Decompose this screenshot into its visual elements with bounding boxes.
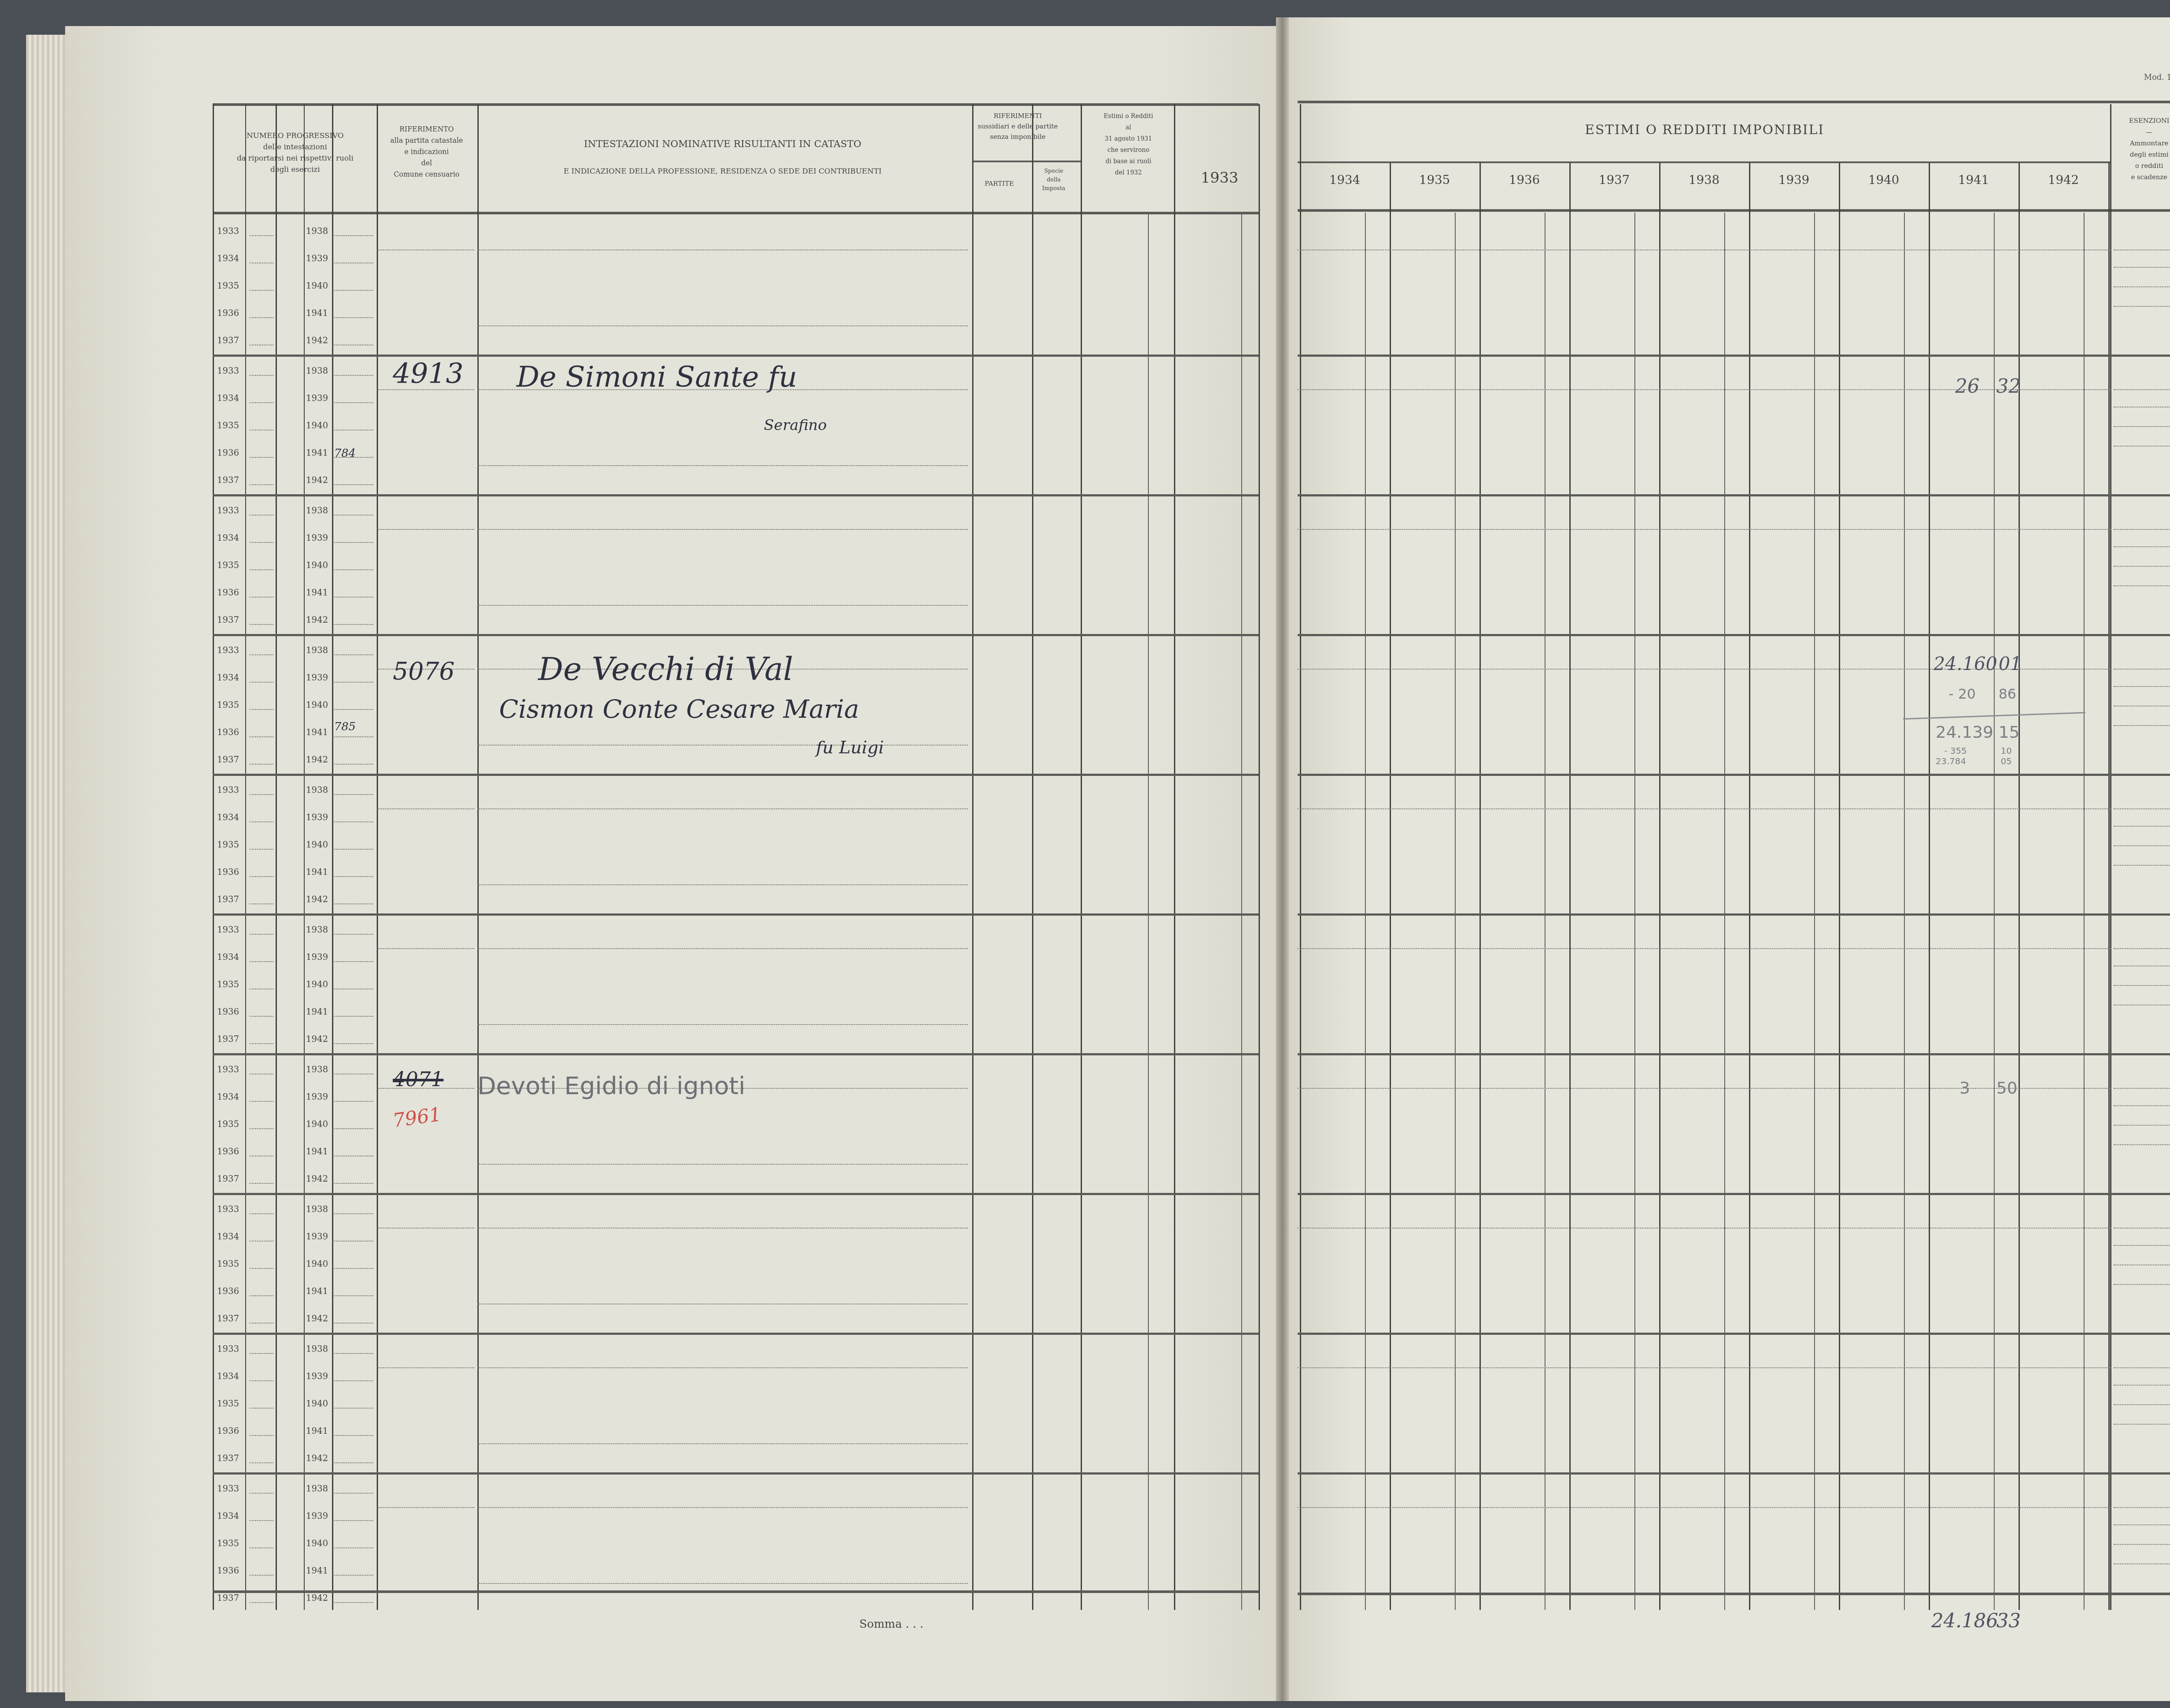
row-year-b: 1939 <box>306 1371 328 1381</box>
row-year-a: 1937 <box>217 475 239 485</box>
row-dotted <box>334 317 373 318</box>
year-column-header: 1941 <box>1929 174 2019 187</box>
row-year-b: 1940 <box>306 420 328 430</box>
row-dotted <box>250 624 273 625</box>
row-year-a: 1937 <box>217 1593 239 1603</box>
row-year-a: 1936 <box>217 1286 239 1296</box>
year-column-divider <box>1839 163 1840 1610</box>
esenzioni-dotted <box>2114 1544 2170 1545</box>
esenzioni-dotted <box>2114 426 2170 427</box>
row-dotted <box>334 402 373 403</box>
row-year-b: 1941 <box>306 587 328 598</box>
header-line: che servirono <box>1081 145 1176 156</box>
column-divider <box>972 104 973 1610</box>
row-dotted <box>334 1183 373 1184</box>
esenzioni-dotted <box>2114 566 2170 567</box>
esenzioni-dotted <box>2114 725 2170 726</box>
row-dotted <box>334 934 373 935</box>
row-dotted <box>250 1493 273 1494</box>
calc-line: - 20 <box>1949 686 1976 702</box>
entry-name-line1: Devoti Egidio di ignoti <box>477 1072 745 1100</box>
column-divider <box>332 104 333 1610</box>
name-dotted-line <box>477 1583 968 1584</box>
name-dotted-line <box>477 1507 968 1508</box>
row-dotted <box>250 1353 273 1354</box>
row-dotted <box>334 654 373 655</box>
row-year-b: 1938 <box>306 1204 328 1214</box>
header-line: ESENZIONI <box>2110 115 2170 126</box>
header-line: da riportarsi nei rispettivi ruoli <box>215 153 375 164</box>
row-year-a: 1937 <box>217 614 239 625</box>
col-numero-progressivo-header: NUMERO PROGRESSIVO delle intestazioni da… <box>215 130 375 175</box>
column-divider <box>276 104 277 1610</box>
header-line: NUMERO PROGRESSIVO <box>215 130 375 141</box>
esenzioni-dotted <box>2114 808 2170 809</box>
esenzioni-dotted <box>2114 585 2170 586</box>
right-page <box>1285 17 2170 1701</box>
block-rule-left <box>213 774 1259 776</box>
block-rule-left <box>213 494 1259 496</box>
header-line: o redditi <box>2110 160 2170 171</box>
row-year-a: 1936 <box>217 867 239 877</box>
esenzioni-dotted <box>2114 948 2170 949</box>
row-dotted <box>334 1241 373 1242</box>
column-divider <box>1259 104 1260 1610</box>
row-year-a: 1933 <box>217 365 239 376</box>
somma-rule-left <box>213 1590 1259 1593</box>
year-column-header: 1939 <box>1749 174 1839 187</box>
row-dotted <box>334 235 373 236</box>
row-year-b: 1939 <box>306 952 328 962</box>
row-year-b: 1941 <box>306 727 328 737</box>
row-year-a: 1934 <box>217 1091 239 1102</box>
esenzioni-dotted <box>2114 1144 2170 1145</box>
row-year-b: 1939 <box>306 532 328 543</box>
header-line: alla partita catastale <box>377 135 477 146</box>
row-dotted <box>250 290 273 291</box>
header-line: senza imponibile <box>970 131 1065 142</box>
row-dotted <box>250 569 273 570</box>
row-dotted <box>334 375 373 376</box>
row-year-a: 1935 <box>217 560 239 570</box>
row-dotted <box>250 1183 273 1184</box>
row-dotted <box>250 542 273 543</box>
row-year-a: 1935 <box>217 839 239 850</box>
esenzioni-dotted <box>2114 286 2170 287</box>
row-dotted <box>334 903 373 904</box>
partita-dotted-line <box>377 808 474 809</box>
row-dotted <box>334 1074 373 1074</box>
estimi-redditi-title: ESTIMI O REDDITI IMPONIBILI <box>1298 124 2111 137</box>
block-rule-right <box>1298 1193 2170 1195</box>
esenzioni-dotted <box>2114 1245 2170 1246</box>
entry-value-1941-cents: 01 <box>1999 653 2022 674</box>
row-year-b: 1942 <box>306 1593 328 1603</box>
row-year-a: 1936 <box>217 1426 239 1436</box>
row-dotted <box>250 1213 273 1214</box>
row-year-a: 1937 <box>217 754 239 765</box>
row-year-b: 1941 <box>306 447 328 458</box>
row-year-a: 1933 <box>217 505 239 516</box>
row-year-b: 1939 <box>306 1511 328 1521</box>
block-rule-left <box>213 355 1259 357</box>
row-dotted <box>250 263 273 263</box>
row-year-a: 1935 <box>217 1119 239 1129</box>
row-dotted <box>334 263 373 263</box>
esenzioni-dotted <box>2114 1524 2170 1525</box>
name-dotted-line <box>477 529 968 530</box>
row-dotted <box>334 515 373 516</box>
row-dotted <box>250 736 273 737</box>
header-line: al <box>1081 122 1176 133</box>
row-dotted <box>334 764 373 765</box>
col-riferimenti-header: RIFERIMENTI sussidiari e delle partite s… <box>970 111 1065 142</box>
row-dotted <box>334 1156 373 1156</box>
cents-divider <box>1994 213 1995 1610</box>
row-year-a: 1936 <box>217 727 239 737</box>
row-dotted <box>250 1380 273 1381</box>
row-year-a: 1937 <box>217 894 239 904</box>
row-year-b: 1941 <box>306 1006 328 1017</box>
row-year-a: 1933 <box>217 924 239 935</box>
column-subdivider <box>1241 213 1242 1610</box>
row-year-a: 1936 <box>217 1006 239 1017</box>
cents-divider <box>1904 213 1905 1610</box>
header-line: sussidiari e delle partite <box>970 121 1065 131</box>
row-year-a: 1936 <box>217 447 239 458</box>
row-dotted <box>250 1268 273 1269</box>
row-year-b: 1941 <box>306 308 328 318</box>
header-bottom-rule-right <box>1298 209 2170 212</box>
row-dotted <box>334 430 373 430</box>
value-dotted-line <box>1298 808 2111 809</box>
row-year-b: 1942 <box>306 335 328 345</box>
year-column-header: 1937 <box>1569 174 1659 187</box>
row-year-a: 1935 <box>217 979 239 989</box>
row-dotted <box>334 876 373 877</box>
year-column-divider <box>1929 163 1930 1610</box>
name-dotted-line <box>477 605 968 606</box>
calc-line: 24.139 <box>1936 723 1993 742</box>
row-year-a: 1934 <box>217 1231 239 1242</box>
row-dotted <box>250 849 273 850</box>
cents-divider <box>2084 213 2085 1610</box>
somma-1941-cents: 33 <box>1996 1610 2021 1632</box>
year-column-divider <box>2108 163 2110 1610</box>
row-year-b: 1941 <box>306 1426 328 1436</box>
block-rule-right <box>1298 1472 2170 1475</box>
block-rule-left <box>213 1472 1259 1475</box>
block-rule-left <box>213 1053 1259 1055</box>
row-year-b: 1941 <box>306 867 328 877</box>
name-dotted-line <box>477 1443 968 1444</box>
row-dotted <box>334 736 373 737</box>
row-dotted <box>250 934 273 935</box>
calc-line: - 355 <box>1944 746 1967 756</box>
block-rule-left <box>213 1333 1259 1335</box>
row-year-a: 1934 <box>217 952 239 962</box>
row-dotted <box>334 1353 373 1354</box>
header-line: Ammontare <box>2110 138 2170 149</box>
row-dotted <box>250 989 273 989</box>
left-page <box>65 26 1280 1701</box>
row-year-b: 1938 <box>306 365 328 376</box>
esenzioni-divider <box>2110 104 2111 1610</box>
row-dotted <box>334 709 373 710</box>
row-year-a: 1936 <box>217 1565 239 1576</box>
row-dotted <box>334 1602 373 1603</box>
row-year-b: 1938 <box>306 1483 328 1494</box>
esenzioni-dotted <box>2114 546 2170 547</box>
row-dotted <box>250 1602 273 1603</box>
row-dotted <box>334 345 373 345</box>
esenzioni-dotted <box>2114 845 2170 846</box>
row-dotted <box>250 961 273 962</box>
year-column-divider <box>1390 163 1391 1610</box>
row-year-b: 1939 <box>306 393 328 403</box>
value-dotted-line <box>1298 1507 2111 1508</box>
row-year-b: 1940 <box>306 700 328 710</box>
row-dotted <box>250 1128 273 1129</box>
partita-dotted-line <box>377 529 474 530</box>
row-dotted <box>334 1323 373 1324</box>
header-line: del 1932 <box>1081 167 1176 178</box>
entry-partita-number: 4913 <box>393 358 464 390</box>
row-dotted <box>334 1016 373 1017</box>
row-year-b: 1939 <box>306 1231 328 1242</box>
row-dotted <box>334 1043 373 1044</box>
header-line: Imposta <box>1032 184 1075 193</box>
row-year-a: 1933 <box>217 1064 239 1074</box>
calc-line-cents: 05 <box>2001 756 2012 766</box>
row-dotted <box>250 821 273 822</box>
row-dotted <box>250 1016 273 1017</box>
row-dotted <box>334 794 373 795</box>
esenzioni-dotted <box>2114 669 2170 670</box>
esenzioni-dotted <box>2114 1424 2170 1425</box>
row-dotted <box>250 903 273 904</box>
esenzioni-dotted <box>2114 529 2170 530</box>
value-dotted-line <box>1298 389 2111 390</box>
row-year-a: 1934 <box>217 812 239 822</box>
partita-dotted-line <box>377 1228 474 1228</box>
row-dotted <box>250 682 273 683</box>
row-dotted <box>250 1295 273 1296</box>
row-year-a: 1934 <box>217 253 239 263</box>
block-rule-left <box>213 634 1259 636</box>
column-divider <box>1081 104 1082 1610</box>
row-dotted <box>334 1268 373 1269</box>
row-dotted <box>250 235 273 236</box>
block-rule-right <box>1298 774 2170 776</box>
row-dotted <box>250 1575 273 1576</box>
row-dotted <box>334 1380 373 1381</box>
row-year-a: 1933 <box>217 785 239 795</box>
block-rule-left <box>213 1193 1259 1195</box>
row-year-b: 1940 <box>306 1119 328 1129</box>
row-year-a: 1937 <box>217 1453 239 1463</box>
row-year-b: 1942 <box>306 1034 328 1044</box>
row-dotted <box>250 1074 273 1074</box>
row-year-b: 1940 <box>306 560 328 570</box>
block-rule-right <box>1298 634 2170 636</box>
column-subdivider <box>1148 213 1149 1610</box>
row-year-b: 1939 <box>306 253 328 263</box>
row-dotted <box>334 484 373 485</box>
row-year-b: 1941 <box>306 1146 328 1156</box>
row-year-a: 1934 <box>217 672 239 683</box>
name-dotted-line <box>477 1024 968 1025</box>
row-dotted <box>334 1575 373 1576</box>
year-column-header: 1938 <box>1659 174 1749 187</box>
year-column-header: 1936 <box>1480 174 1569 187</box>
row-year-a: 1937 <box>217 1173 239 1184</box>
row-dotted <box>250 317 273 318</box>
row-year-b: 1941 <box>306 1286 328 1296</box>
col-esenzioni-header: ESENZIONI — Ammontare degli estimi o red… <box>2110 115 2170 183</box>
years-subrule <box>1298 161 2111 163</box>
header-line: Comune censuario <box>377 169 477 180</box>
row-year-b: 1939 <box>306 672 328 683</box>
row-dotted <box>334 989 373 989</box>
row-dotted <box>334 682 373 683</box>
row-year-b: 1939 <box>306 812 328 822</box>
name-dotted-line <box>477 1367 968 1368</box>
page-edges <box>26 35 69 1692</box>
col-1933-header: 1933 <box>1176 171 1263 184</box>
esenzioni-dotted <box>2114 686 2170 687</box>
row-year-a: 1933 <box>217 1483 239 1494</box>
row-dotted <box>250 876 273 877</box>
header-top-rule-right <box>1298 101 2170 103</box>
name-dotted-line <box>477 325 968 326</box>
partita-dotted-line <box>377 948 474 949</box>
row-dotted <box>334 1101 373 1102</box>
block-rule-right <box>1298 1333 2170 1335</box>
value-dotted-line <box>1298 1088 2111 1089</box>
row-year-a: 1934 <box>217 1511 239 1521</box>
entry-name-line3: fu Luigi <box>816 738 884 758</box>
row-year-b: 1942 <box>306 1173 328 1184</box>
row-year-b: 1942 <box>306 614 328 625</box>
header-line: RIFERIMENTI <box>970 111 1065 121</box>
entry-value-1941-cents: 50 <box>1996 1078 2017 1097</box>
year-column-divider <box>1569 163 1571 1610</box>
col-riferimento-header: RIFERIMENTO alla partita catastale e ind… <box>377 124 477 180</box>
row-dotted <box>334 1295 373 1296</box>
somma-label: Somma . . . <box>859 1618 924 1631</box>
row-year-b: 1942 <box>306 1453 328 1463</box>
row-dotted <box>250 1043 273 1044</box>
row-dotted <box>334 1128 373 1129</box>
col-intestazioni-title: INTESTAZIONI NOMINATIVE RISULTANTI IN CA… <box>477 138 968 151</box>
row-year-a: 1935 <box>217 700 239 710</box>
row-year-b: 1938 <box>306 645 328 655</box>
header-line: 31 agosto 1931 <box>1081 133 1176 145</box>
row-dotted <box>250 402 273 403</box>
row-dotted <box>250 1520 273 1521</box>
name-dotted-line <box>477 1164 968 1165</box>
value-dotted-line <box>1298 1367 2111 1368</box>
row-dotted <box>250 1547 273 1548</box>
year-column-header: 1935 <box>1390 174 1480 187</box>
row-year-a: 1935 <box>217 1538 239 1548</box>
block-rule-right <box>1298 494 2170 496</box>
row-year-a: 1935 <box>217 280 239 291</box>
name-dotted-line <box>477 1228 968 1228</box>
row-year-a: 1933 <box>217 645 239 655</box>
year-column-header: 1940 <box>1839 174 1929 187</box>
header-bottom-rule-left <box>213 212 1259 214</box>
header-line: e scadenze <box>2110 171 2170 183</box>
partita-dotted-line <box>377 1507 474 1508</box>
row-dotted <box>250 709 273 710</box>
header-line: delle intestazioni <box>215 141 375 153</box>
row-dotted <box>250 1241 273 1242</box>
name-dotted-line <box>477 745 968 746</box>
esenzioni-dotted <box>2114 1265 2170 1265</box>
row-year-a: 1937 <box>217 1313 239 1324</box>
row-dotted <box>250 764 273 765</box>
row-dotted <box>250 515 273 516</box>
row-year-a: 1937 <box>217 335 239 345</box>
row-dotted <box>250 1156 273 1156</box>
form-model-label: Mod. 111 - Imposte Dirette (Intercalare)… <box>2144 73 2170 82</box>
year-column-divider <box>1659 163 1660 1610</box>
cents-divider <box>1634 213 1635 1610</box>
book-gutter <box>1276 17 1289 1701</box>
row-year-b: 1938 <box>306 1343 328 1354</box>
calc-line-cents: 10 <box>2001 746 2012 756</box>
col-intestazioni-subtitle: E INDICAZIONE DELLA PROFESSIONE, RESIDEN… <box>477 165 968 178</box>
entry-side-number: 784 <box>334 447 356 460</box>
row-year-b: 1940 <box>306 979 328 989</box>
entry-value-1941: 26 <box>1955 375 1979 397</box>
column-divider <box>245 104 246 1610</box>
esenzioni-dotted <box>2114 1105 2170 1106</box>
name-dotted-line <box>477 465 968 466</box>
esenzioni-dotted <box>2114 1228 2170 1228</box>
esenzioni-dotted <box>2114 267 2170 268</box>
header-line: Estimi o Redditi <box>1081 111 1176 122</box>
riferimenti-subrule <box>972 161 1081 162</box>
entry-side-number: 785 <box>334 720 356 733</box>
partita-dotted-line <box>377 250 474 250</box>
year-column-divider <box>1480 163 1481 1610</box>
row-dotted <box>250 1323 273 1324</box>
row-year-a: 1934 <box>217 1371 239 1381</box>
cents-divider <box>1365 213 1366 1610</box>
row-year-b: 1938 <box>306 924 328 935</box>
column-divider <box>213 104 214 1610</box>
row-dotted <box>334 597 373 598</box>
esenzioni-dotted <box>2114 1125 2170 1126</box>
row-dotted <box>250 1435 273 1436</box>
block-rule-left <box>213 913 1259 916</box>
header-line: RIFERIMENTO <box>377 124 477 135</box>
row-year-a: 1934 <box>217 393 239 403</box>
row-dotted <box>334 290 373 291</box>
year-column-divider <box>1300 104 1301 1610</box>
block-rule-right <box>1298 913 2170 916</box>
esenzioni-dotted <box>2114 1507 2170 1508</box>
row-dotted <box>334 1547 373 1548</box>
block-rule-right <box>1298 355 2170 357</box>
somma-rule-right <box>1298 1593 2170 1595</box>
header-line: e indicazioni <box>377 146 477 158</box>
row-year-b: 1938 <box>306 1064 328 1074</box>
esenzioni-dotted <box>2114 389 2170 390</box>
